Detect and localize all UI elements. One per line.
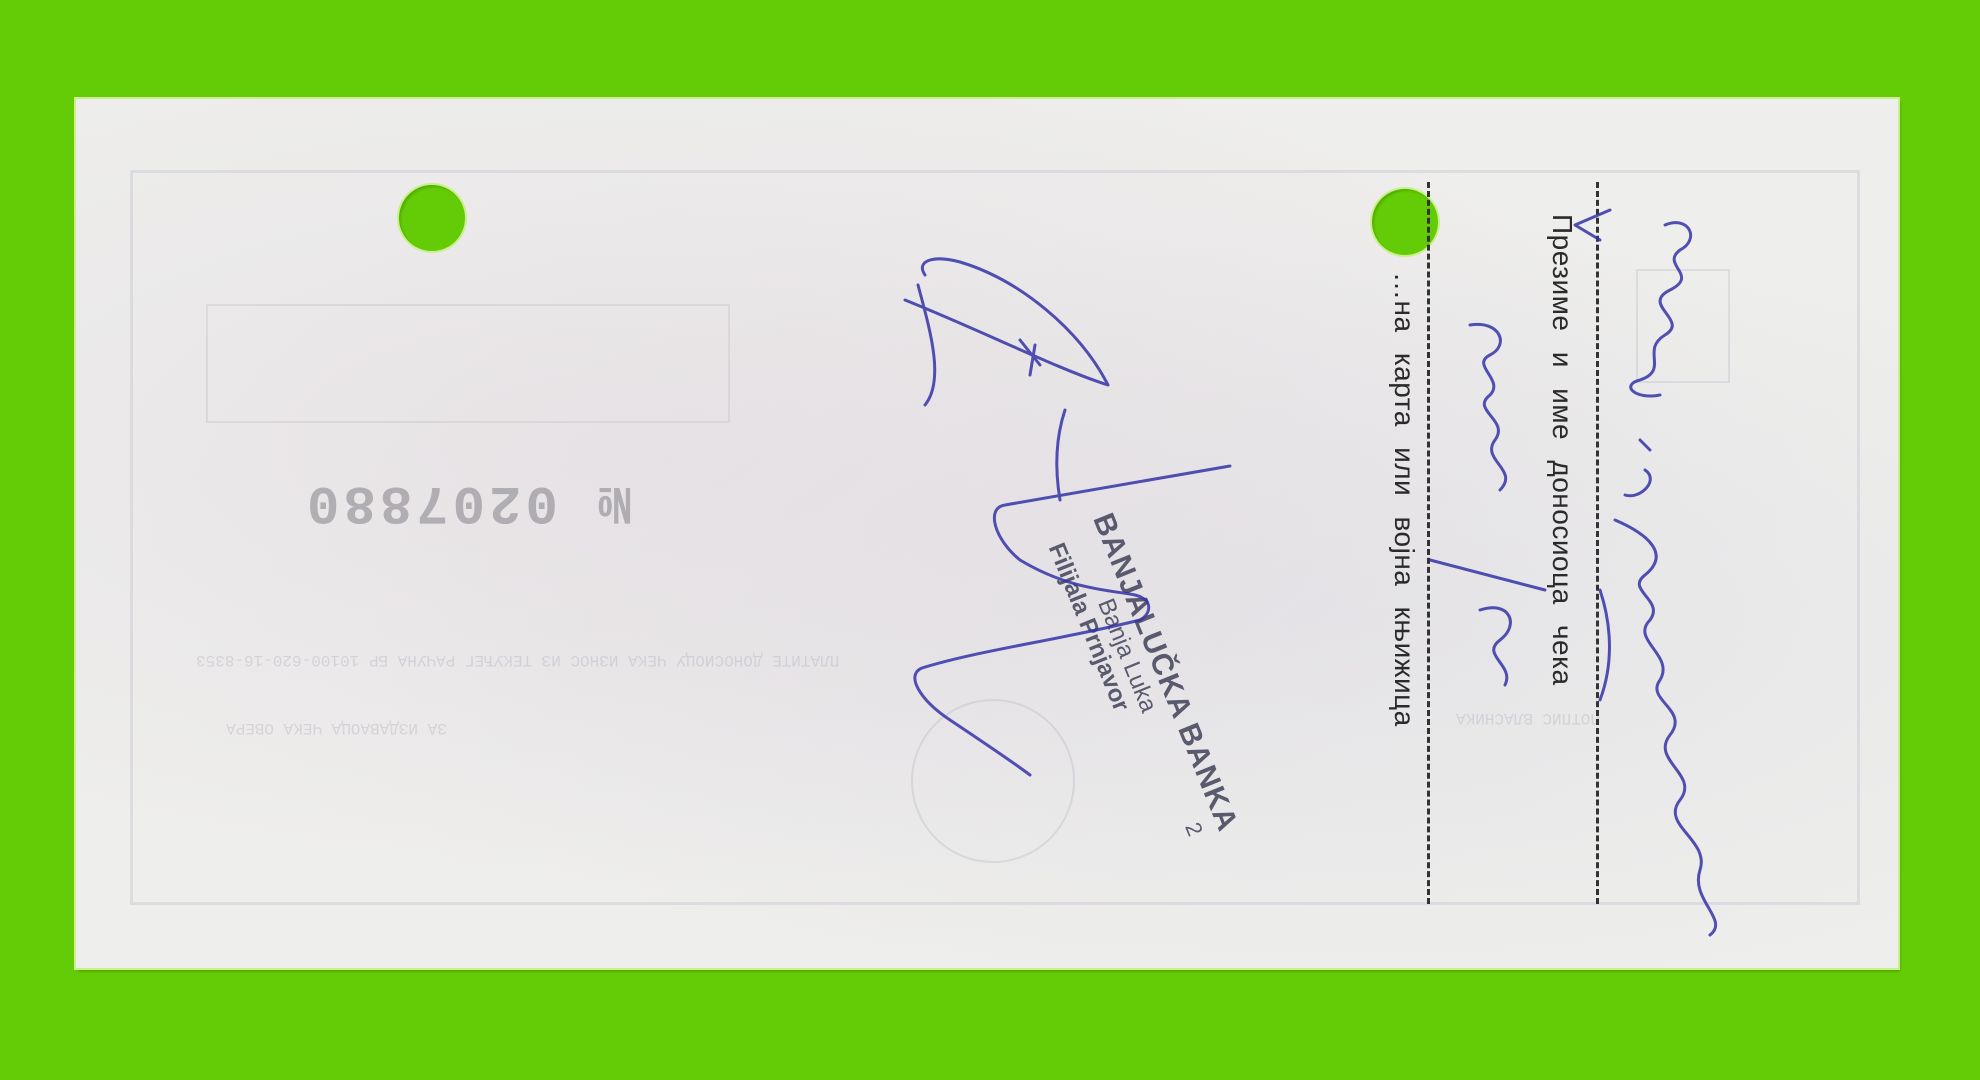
punch-hole-left — [399, 185, 465, 251]
field-divider-left — [1427, 182, 1430, 904]
show-through-seal-circle — [911, 699, 1075, 863]
show-through-text-line: ПОТПИС ВЛАСНИКА — [1456, 709, 1600, 727]
show-through-text-line: ЗА ИЗДАВАОЦА ЧЕКА ОВЕРА — [226, 719, 447, 737]
show-through-logo-box — [1636, 269, 1730, 383]
show-through-text-line: ПЛАТИТЕ ДОНОСИОЦУ ЧЕКА ИЗНОС ИЗ ТЕКУЋЕГ … — [196, 651, 839, 669]
show-through-serial-box — [206, 304, 730, 423]
cheque-paper: ПЛАТИТЕ ДОНОСИОЦУ ЧЕКА ИЗНОС ИЗ ТЕКУЋЕГ … — [76, 99, 1898, 968]
bearer-name-label: Презиме и име доносиоца чека — [1546, 214, 1578, 686]
serial-number: № 0207880 — [303, 471, 631, 532]
field-divider-right — [1596, 182, 1599, 904]
id-document-label: …на карта или војна књижица — [1388, 272, 1420, 727]
